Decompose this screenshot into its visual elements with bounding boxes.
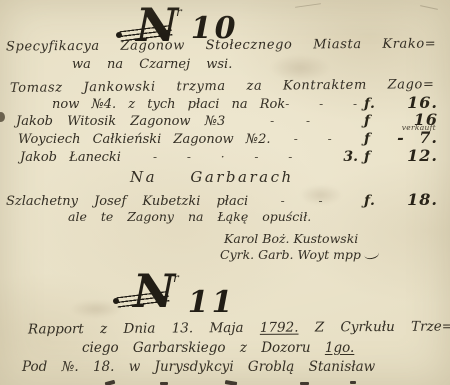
- currency-symbol: ƒ.: [364, 193, 375, 209]
- ink-bleed: [270, 55, 330, 81]
- manuscript-page: N r 10 Specyfikacya Zagonow Stołecznego …: [0, 0, 450, 385]
- currency-symbol: ƒ: [364, 113, 370, 129]
- amount-value: - 7.: [397, 128, 438, 147]
- subheader-garbary: Na Garbarach: [130, 168, 294, 186]
- entry-text: Jakob Witosik Zagonow №3: [16, 114, 225, 129]
- amount-value: 12.: [407, 146, 438, 165]
- amount-value: 18.: [407, 190, 438, 209]
- inline-number: 3.: [343, 149, 358, 165]
- n-flourish-dot: [113, 298, 119, 304]
- entry-text: Jakob Łanecki: [20, 150, 121, 165]
- rapport-line-1: Rapport z Dnia 13. Maja 1792. Z Cyrkułu …: [28, 319, 450, 338]
- currency-symbol: ƒ: [364, 149, 370, 165]
- entry-text: Szlachetny Josef Kubetzki płaci: [6, 194, 248, 209]
- n-flourish: [117, 291, 170, 308]
- partial-line-stub: [225, 380, 238, 385]
- dash-fill: - -: [225, 114, 364, 128]
- partial-line-stub: [105, 380, 116, 385]
- signature-flourish: [363, 248, 380, 261]
- pencil-mark: [420, 5, 438, 10]
- rapport-text: Z Cyrkułu Trze=: [298, 319, 450, 336]
- section-11-header: N r 11: [133, 268, 236, 320]
- partial-line-stub: [350, 381, 356, 384]
- ink-blot: [0, 112, 5, 122]
- entry-row: Jakob Witosik Zagonow №3 - - ƒ16 verkauf…: [16, 110, 438, 129]
- signature-line-2: Cyrk. Garb. Woyt mpp: [220, 247, 379, 262]
- signature-text: Cyrk. Garb. Woyt mpp: [220, 247, 361, 262]
- rapport-text: ciego Garbarskiego z Dozoru: [82, 340, 325, 356]
- entry-row: Woyciech Całkieński Zagonow №2. - - ƒ- 7…: [18, 128, 438, 147]
- header-n-sup: r: [176, 5, 182, 19]
- rapport-line-3: Pod №. 18. w Jurysdykcyi Groblą Stanisła…: [22, 359, 375, 375]
- pencil-mark: [295, 3, 321, 8]
- n-flourish-dot: [116, 32, 122, 38]
- header-n-letter: N: [133, 268, 173, 314]
- entry-row: Szlachetny Josef Kubetzki płaci - - ƒ.18…: [6, 190, 438, 209]
- title-line-2: wa na Czarnej wsi.: [72, 57, 232, 72]
- signature-line-1: Karol Boż. Kustowski: [224, 231, 358, 246]
- header-n-number: 11: [188, 285, 236, 320]
- dash-fill: - -: [271, 132, 364, 146]
- title-line-1: Specyfikacya Zagonow Stołecznego Miasta …: [6, 36, 436, 54]
- entry-text: Woyciech Całkieński Zagonow №2.: [18, 132, 271, 147]
- header-n-sup: r: [173, 271, 179, 285]
- dash-fill: - - -: [285, 97, 364, 111]
- entry-row: Jakob Łanecki - - · - - 3. ƒ12.: [20, 146, 438, 165]
- rapport-line-2: ciego Garbarskiego z Dozoru 1go.: [82, 340, 354, 356]
- dash-fill: - -: [248, 194, 364, 208]
- underlined-year: 1792.: [260, 320, 299, 336]
- kubetzki-note-line: ale te Zagony na Łąkę opuścił.: [68, 209, 311, 224]
- dash-fill: - - · - -: [121, 150, 333, 164]
- underlined-ref: 1go.: [325, 340, 354, 356]
- rapport-text: Rapport z Dnia 13. Maja: [28, 320, 260, 338]
- currency-symbol: ƒ: [364, 131, 370, 147]
